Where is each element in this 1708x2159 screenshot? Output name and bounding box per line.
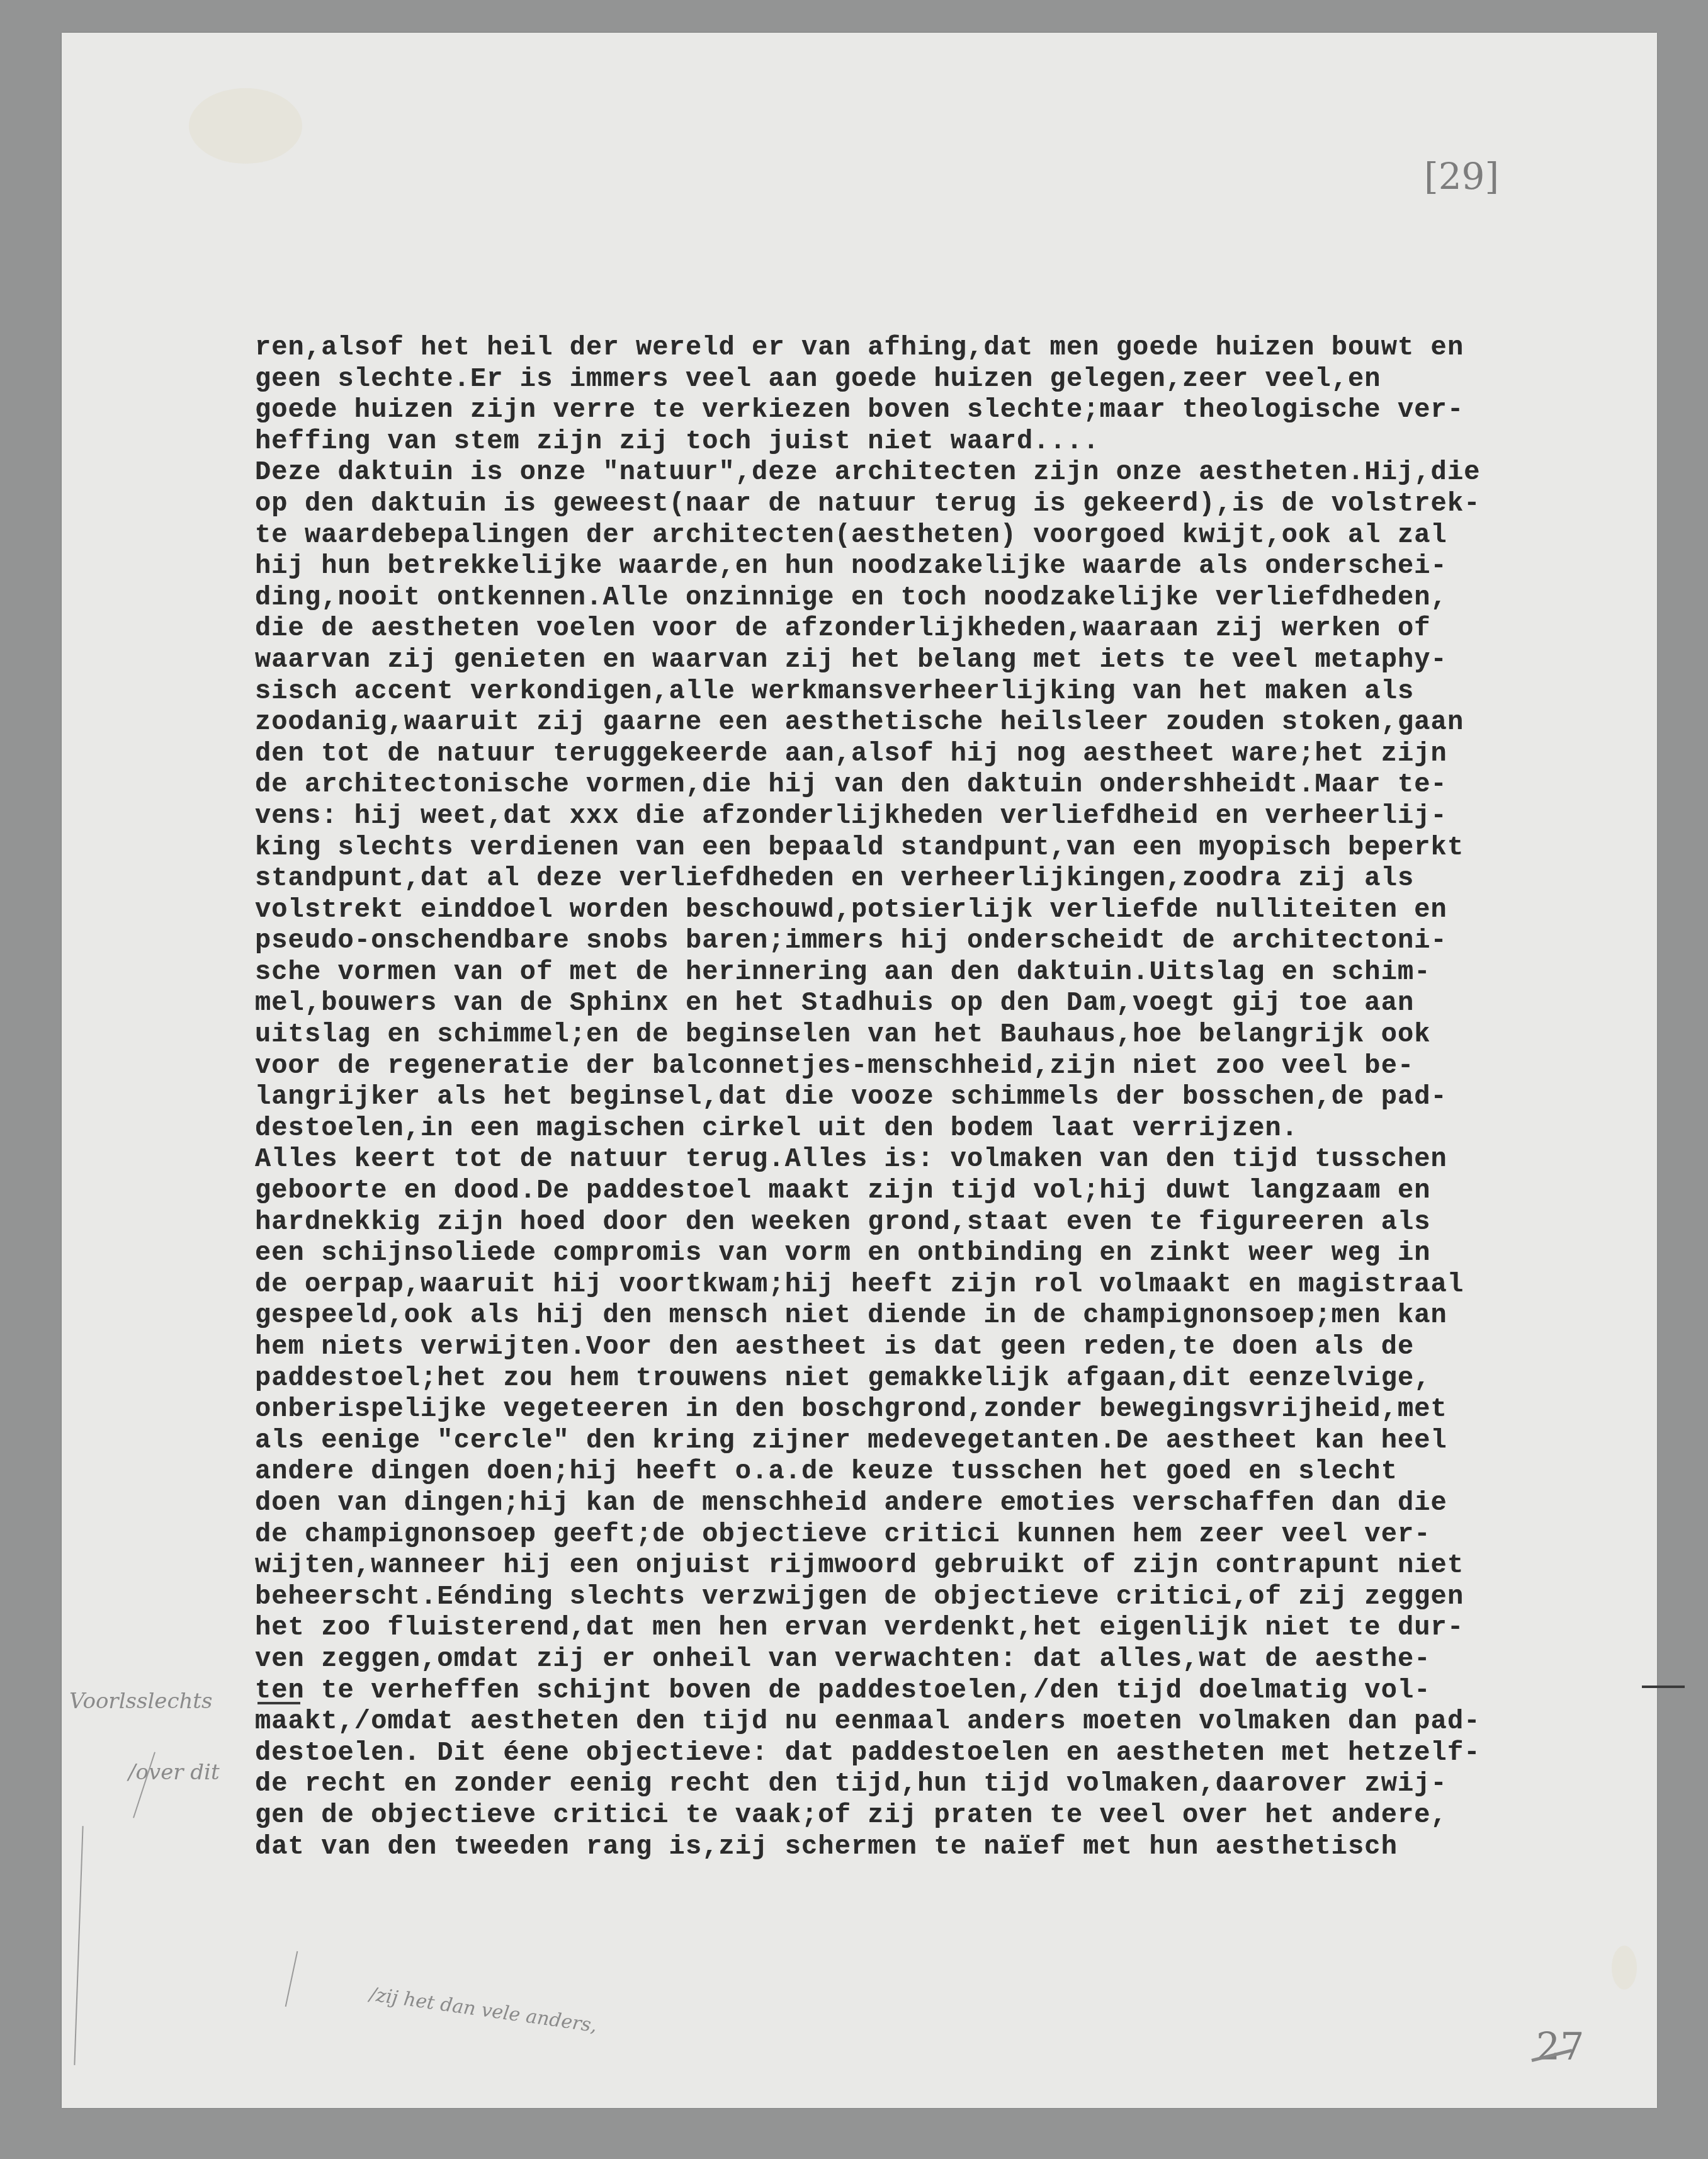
typed-line: sisch accent verkondigen,alle werkmansve… [255, 676, 1684, 708]
typed-line: goede huizen zijn verre te verkiezen bov… [255, 395, 1684, 426]
typed-line: de recht en zonder eenig recht den tijd,… [255, 1769, 1684, 1800]
typed-line: langrijker als het beginsel,dat die vooz… [255, 1082, 1684, 1113]
typed-line: gespeeld,ook als hij den mensch niet die… [255, 1300, 1684, 1332]
archive-number: [29] [1424, 155, 1499, 198]
typed-line: de champignonsoep geeft;de objectieve cr… [255, 1519, 1684, 1551]
page-number: 27 [1536, 2025, 1584, 2069]
typed-line: zoodanig,waaruit zij gaarne een aestheti… [255, 707, 1684, 739]
typed-line: standpunt,dat al deze verliefdheden en v… [255, 863, 1684, 895]
typed-line: vens: hij weet,dat xxx die afzonderlijkh… [255, 801, 1684, 832]
typed-line: beheerscht.Eénding slechts verzwijgen de… [255, 1582, 1684, 1613]
typed-line: waarvan zij genieten en waarvan zij het … [255, 645, 1684, 676]
typed-text-block: ren,alsof het heil der wereld er van afh… [255, 332, 1684, 1862]
typed-line: als eenige "cercle" den kring zijner med… [255, 1425, 1684, 1457]
typed-line: uitslag en schimmel;en de beginselen van… [255, 1019, 1684, 1051]
typed-line: doen van dingen;hij kan de menschheid an… [255, 1488, 1684, 1519]
typed-line: Deze daktuin is onze "natuur",deze archi… [255, 457, 1684, 489]
margin-note: Voorlsslechts [69, 1689, 212, 1714]
paper-stain [1612, 1946, 1637, 1990]
typed-line: hardnekkig zijn hoed door den weeken gro… [255, 1207, 1684, 1238]
typed-line: heffing van stem zijn zij toch juist nie… [255, 426, 1684, 458]
typed-line: sche vormen van of met de herinnering aa… [255, 957, 1684, 989]
typed-line: die de aestheten voelen voor de afzonder… [255, 613, 1684, 645]
typed-line: paddestoel;het zou hem trouwens niet gem… [255, 1363, 1684, 1395]
paper-stain [189, 88, 302, 164]
typed-line: de oerpap,waaruit hij voortkwam;hij heef… [255, 1269, 1684, 1301]
underline-mark [257, 1702, 300, 1704]
typed-line: een schijnsoliede compromis van vorm en … [255, 1238, 1684, 1269]
typed-line: dat van den tweeden rang is,zij schermen… [255, 1832, 1684, 1863]
typed-line: maakt,/omdat aestheten den tijd nu eenma… [255, 1706, 1684, 1738]
typed-line: het zoo fluisterend,dat men hen ervan ve… [255, 1612, 1684, 1644]
typed-line: voor de regeneratie der balconnetjes-men… [255, 1051, 1684, 1082]
typed-line: destoelen,in een magischen cirkel uit de… [255, 1113, 1684, 1145]
typed-line: wijten,wanneer hij een onjuist rijmwoord… [255, 1550, 1684, 1582]
typed-line: geboorte en dood.De paddestoel maakt zij… [255, 1176, 1684, 1207]
typed-line: king slechts verdienen van een bepaald s… [255, 832, 1684, 864]
typed-line: ding,nooit ontkennen.Alle onzinnige en t… [255, 582, 1684, 614]
typed-line: ren,alsof het heil der wereld er van afh… [255, 332, 1684, 364]
typed-line: pseudo-onschendbare snobs baren;immers h… [255, 926, 1684, 957]
typed-line: ten te verheffen schijnt boven de paddes… [255, 1675, 1684, 1707]
typed-line: de architectonische vormen,die hij van d… [255, 769, 1684, 801]
typed-line: te waardebepalingen der architecten(aest… [255, 520, 1684, 552]
typed-line: geen slechte.Er is immers veel aan goede… [255, 364, 1684, 395]
typed-line: volstrekt einddoel worden beschouwd,pots… [255, 895, 1684, 926]
typed-line: Alles keert tot de natuur terug.Alles is… [255, 1144, 1684, 1176]
typed-line: den tot de natuur teruggekeerde aan,also… [255, 739, 1684, 770]
typed-line: onberispelijke vegeteeren in den boschgr… [255, 1394, 1684, 1425]
typed-line: mel,bouwers van de Sphinx en het Stadhui… [255, 988, 1684, 1019]
typed-line: hem niets verwijten.Voor den aestheet is… [255, 1332, 1684, 1363]
typed-line: ven zeggen,omdat zij er onheil van verwa… [255, 1644, 1684, 1675]
underline-mark [1642, 1686, 1685, 1688]
typed-line: andere dingen doen;hij heeft o.a.de keuz… [255, 1456, 1684, 1488]
typed-line: destoelen. Dit éene objectieve: dat padd… [255, 1738, 1684, 1769]
typed-line: hij hun betrekkelijke waarde,en hun nood… [255, 551, 1684, 582]
typed-line: op den daktuin is geweest(naar de natuur… [255, 489, 1684, 520]
margin-note: /over dit [128, 1760, 220, 1785]
typed-line: gen de objectieve critici te vaak;of zij… [255, 1800, 1684, 1832]
